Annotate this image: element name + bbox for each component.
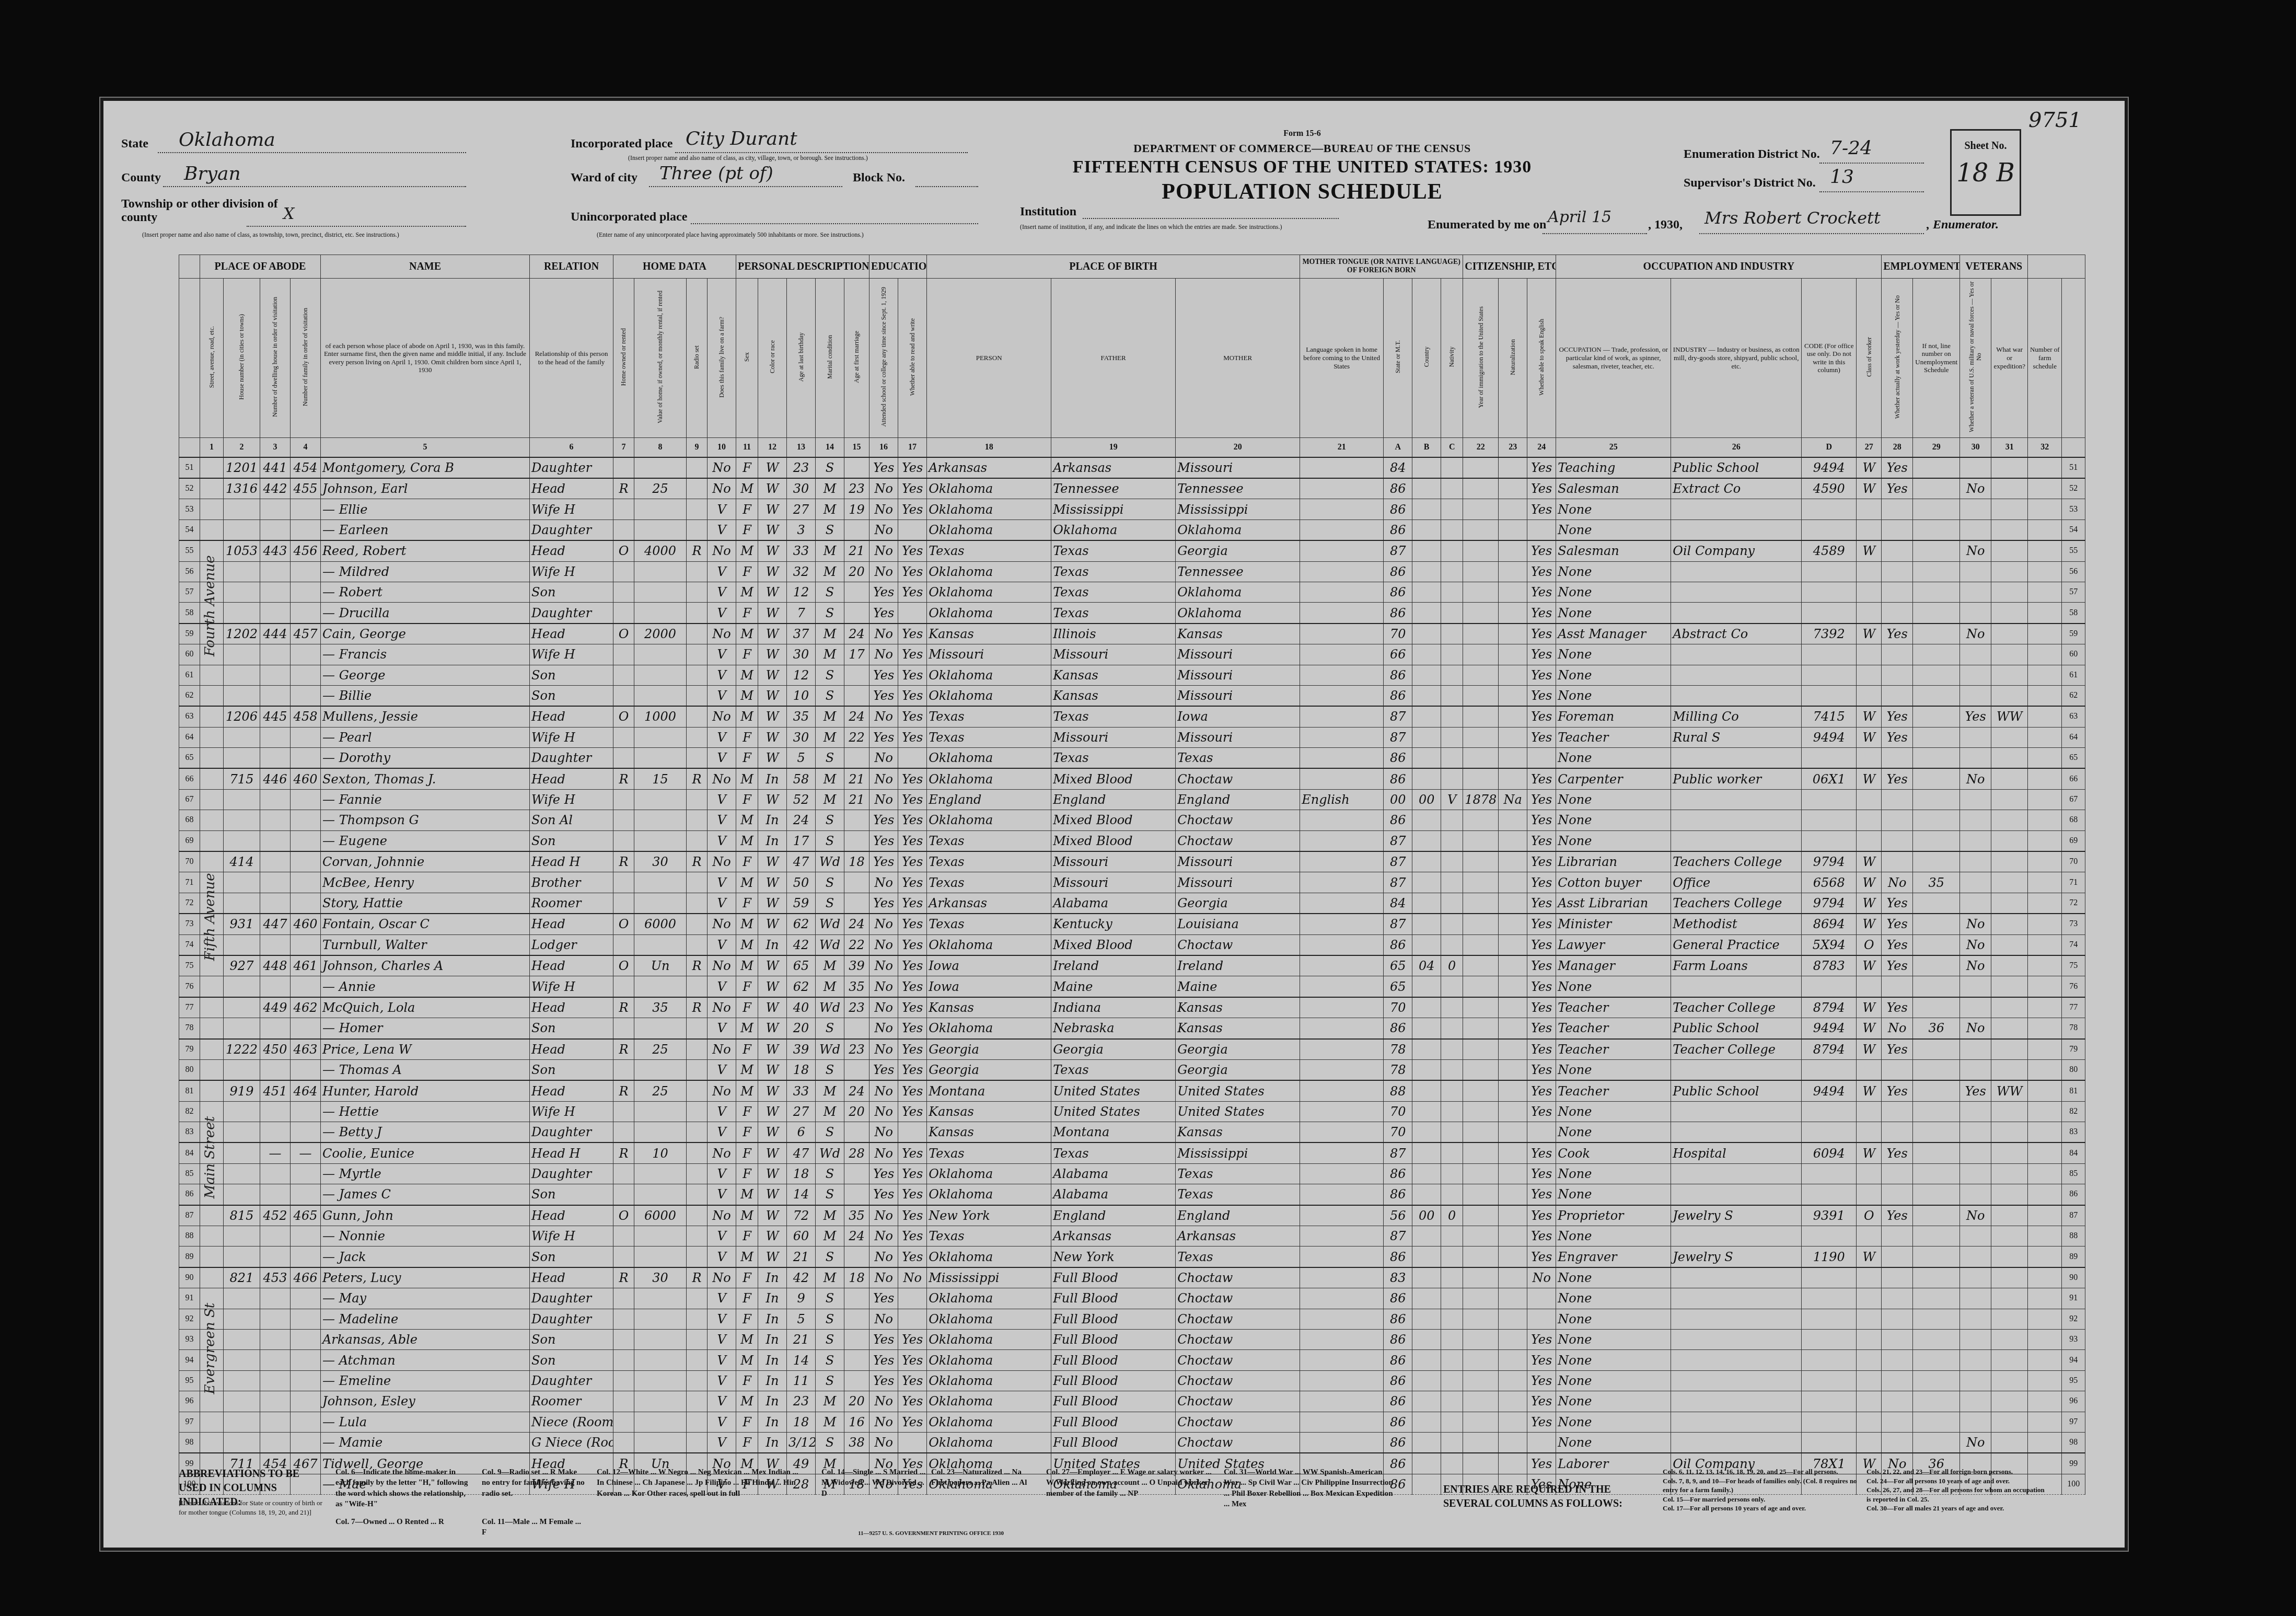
cell-farm: V bbox=[708, 872, 736, 893]
institution-field bbox=[1083, 202, 1339, 219]
cell-age-marr: 17 bbox=[844, 644, 869, 665]
cell-marital: M bbox=[816, 768, 844, 789]
cell-code-d: 9794 bbox=[1802, 851, 1857, 872]
cell-family: 457 bbox=[291, 624, 321, 644]
cell-race: W bbox=[758, 603, 787, 624]
cell-family: 460 bbox=[291, 768, 321, 789]
cell-house bbox=[224, 976, 260, 997]
line-number-right: 96 bbox=[2062, 1391, 2085, 1412]
cell-marital: S bbox=[816, 1350, 844, 1370]
cell-code-b bbox=[1412, 644, 1441, 665]
line-number-right: 86 bbox=[2062, 1184, 2085, 1205]
cell-race: W bbox=[758, 520, 787, 540]
cell-age-marr: 35 bbox=[844, 1205, 869, 1226]
cell-farm-sched bbox=[2028, 727, 2062, 747]
cell-tenure bbox=[613, 561, 634, 582]
cell-family bbox=[291, 1101, 321, 1122]
cell-at-work bbox=[1882, 540, 1913, 561]
cell-code-a: 88 bbox=[1384, 1080, 1412, 1101]
cell-read: Yes bbox=[898, 914, 927, 934]
cell-sex: M bbox=[736, 830, 758, 851]
cell-birth: Texas bbox=[927, 1142, 1051, 1163]
cell-industry: Public School bbox=[1671, 1080, 1802, 1101]
column-header-21: Language spoken in home before coming to… bbox=[1300, 279, 1384, 438]
cell-worker-class: W bbox=[1857, 1018, 1882, 1039]
cell-farm: V bbox=[708, 1101, 736, 1122]
cell-unemp-line bbox=[1913, 976, 1960, 997]
cell-house bbox=[224, 997, 260, 1018]
cell-lang bbox=[1300, 1246, 1384, 1267]
cell-farm: V bbox=[708, 665, 736, 685]
cell-industry bbox=[1671, 1226, 1802, 1246]
cell-school: No bbox=[869, 934, 898, 955]
cell-race: W bbox=[758, 789, 787, 810]
cell-school: Yes bbox=[869, 810, 898, 830]
cell-sex: F bbox=[736, 1309, 758, 1329]
line-col-spacer bbox=[179, 279, 200, 438]
column-number-15: 15 bbox=[844, 437, 869, 457]
cell-lang bbox=[1300, 727, 1384, 747]
cell-birth: Oklahoma bbox=[927, 499, 1051, 520]
cell-code-c bbox=[1441, 706, 1463, 727]
line-number: 64 bbox=[179, 727, 200, 747]
cell-lang bbox=[1300, 768, 1384, 789]
cell-value bbox=[634, 976, 687, 997]
cell-birth: Oklahoma bbox=[927, 1330, 1051, 1350]
cell-school: No bbox=[869, 1309, 898, 1329]
cell-farm-sched bbox=[2028, 872, 2062, 893]
cell-unemp-line bbox=[1913, 914, 1960, 934]
cell-age: 5 bbox=[787, 748, 816, 769]
cell-dwelling bbox=[260, 1412, 291, 1432]
cell-at-work bbox=[1882, 1391, 1913, 1412]
table-row: 56— MildredWife HVFW32M20NoYesOklahomaTe… bbox=[179, 561, 2085, 582]
cell-english: Yes bbox=[1527, 789, 1556, 810]
cell-name: — May bbox=[321, 1288, 530, 1309]
cell-tenure bbox=[613, 1412, 634, 1432]
cell-father-birth: Indiana bbox=[1051, 997, 1176, 1018]
column-header-31: What war or expedition? bbox=[1991, 279, 2028, 438]
cell-house bbox=[224, 603, 260, 624]
cell-mother-birth: Kansas bbox=[1176, 1122, 1300, 1143]
cell-veteran: No bbox=[1960, 1018, 1991, 1039]
table-row: 631206445458Mullens, JessieHeadO1000NoMW… bbox=[179, 706, 2085, 727]
cell-at-work: Yes bbox=[1882, 727, 1913, 747]
cell-relation: Daughter bbox=[530, 520, 613, 540]
cell-occupation: None bbox=[1556, 810, 1671, 830]
cell-english: Yes bbox=[1527, 478, 1556, 499]
cell-name: — Madeline bbox=[321, 1309, 530, 1329]
col11-note: Col. 11—Male ... M Female ... F bbox=[482, 1517, 586, 1538]
cell-english: Yes bbox=[1527, 624, 1556, 644]
cell-marital: S bbox=[816, 748, 844, 769]
cell-sex: F bbox=[736, 1288, 758, 1309]
cell-house bbox=[224, 1246, 260, 1267]
cell-industry: Teachers College bbox=[1671, 893, 1802, 914]
cell-occupation: None bbox=[1556, 1391, 1671, 1412]
cell-code-a: 86 bbox=[1384, 520, 1412, 540]
line-number-right: 80 bbox=[2062, 1059, 2085, 1080]
cell-farm: V bbox=[708, 1370, 736, 1391]
cell-sex: F bbox=[736, 1163, 758, 1184]
cell-code-b bbox=[1412, 1246, 1441, 1267]
entries-8: Col. 30—For all males 21 years of age an… bbox=[1866, 1504, 2049, 1513]
cell-age: 6 bbox=[787, 1122, 816, 1143]
table-row: 60— FrancisWife HVFW30M17NoYesMissouriMi… bbox=[179, 644, 2085, 665]
cell-code-a: 86 bbox=[1384, 685, 1412, 706]
cell-farm-sched bbox=[2028, 1246, 2062, 1267]
table-row: 61— GeorgeSonVMW12SYesYesOklahomaKansasM… bbox=[179, 665, 2085, 685]
line-number: 85 bbox=[179, 1163, 200, 1184]
cell-occupation: Teaching bbox=[1556, 457, 1671, 478]
cell-birth: Iowa bbox=[927, 976, 1051, 997]
cell-immig bbox=[1463, 499, 1499, 520]
column-number-26: 26 bbox=[1671, 437, 1802, 457]
cell-tenure bbox=[613, 727, 634, 747]
column-header-9: Radio set bbox=[687, 279, 708, 438]
cell-farm: V bbox=[708, 748, 736, 769]
cell-at-work: Yes bbox=[1882, 768, 1913, 789]
cell-occupation: Carpenter bbox=[1556, 768, 1671, 789]
cell-age: 24 bbox=[787, 810, 816, 830]
cell-family: 455 bbox=[291, 478, 321, 499]
cell-family bbox=[291, 1246, 321, 1267]
cell-age-marr bbox=[844, 1184, 869, 1205]
cell-sex: M bbox=[736, 624, 758, 644]
cell-worker-class bbox=[1857, 644, 1882, 665]
cell-occupation: Teacher bbox=[1556, 1039, 1671, 1060]
cell-natz bbox=[1499, 1101, 1527, 1122]
cell-age: 23 bbox=[787, 457, 816, 478]
cell-value: 25 bbox=[634, 1080, 687, 1101]
cell-house bbox=[224, 1309, 260, 1329]
cell-natz bbox=[1499, 1370, 1527, 1391]
cell-farm-sched bbox=[2028, 1101, 2062, 1122]
cell-code-a: 86 bbox=[1384, 582, 1412, 602]
cell-unemp-line bbox=[1913, 1350, 1960, 1370]
cell-at-work bbox=[1882, 603, 1913, 624]
cell-value bbox=[634, 1122, 687, 1143]
cell-immig bbox=[1463, 582, 1499, 602]
cell-code-d: 7415 bbox=[1802, 706, 1857, 727]
cell-race: In bbox=[758, 1288, 787, 1309]
column-number-12: 12 bbox=[758, 437, 787, 457]
cell-father-birth: Ireland bbox=[1051, 955, 1176, 976]
cell-name: — Earleen bbox=[321, 520, 530, 540]
cell-war bbox=[1991, 1184, 2028, 1205]
line-number-right: 98 bbox=[2062, 1432, 2085, 1453]
footer-instructions: ABBREVIATIONS TO BE USED IN COLUMNS INDI… bbox=[179, 1467, 2049, 1545]
line-number-right: 71 bbox=[2062, 872, 2085, 893]
cell-name: Sexton, Thomas J. bbox=[321, 768, 530, 789]
cell-immig bbox=[1463, 1288, 1499, 1309]
cell-immig bbox=[1463, 1391, 1499, 1412]
cell-race: W bbox=[758, 893, 787, 914]
cell-relation: Son Al bbox=[530, 810, 613, 830]
cell-father-birth: Missouri bbox=[1051, 727, 1176, 747]
cell-english: Yes bbox=[1527, 644, 1556, 665]
cell-age-marr: 18 bbox=[844, 851, 869, 872]
cell-race: W bbox=[758, 1246, 787, 1267]
cell-occupation: Lawyer bbox=[1556, 934, 1671, 955]
cell-mother-birth: Iowa bbox=[1176, 706, 1300, 727]
cell-farm: No bbox=[708, 457, 736, 478]
cell-code-b bbox=[1412, 1391, 1441, 1412]
cell-unemp-line bbox=[1913, 1412, 1960, 1432]
cell-english: Yes bbox=[1527, 851, 1556, 872]
cell-sex: F bbox=[736, 851, 758, 872]
cell-farm-sched bbox=[2028, 603, 2062, 624]
cell-father-birth: England bbox=[1051, 789, 1176, 810]
cell-tenure: O bbox=[613, 624, 634, 644]
cell-mother-birth: Mississippi bbox=[1176, 1142, 1300, 1163]
cell-marital: S bbox=[816, 1018, 844, 1039]
cell-english: Yes bbox=[1527, 1226, 1556, 1246]
cell-occupation: None bbox=[1556, 976, 1671, 997]
cell-age-marr bbox=[844, 893, 869, 914]
cell-father-birth: Alabama bbox=[1051, 1163, 1176, 1184]
cell-relation: Son bbox=[530, 1350, 613, 1370]
street-label: Fourth Avenue bbox=[202, 455, 223, 756]
cell-code-b bbox=[1412, 1309, 1441, 1329]
cell-occupation: None bbox=[1556, 1412, 1671, 1432]
cell-read: Yes bbox=[898, 789, 927, 810]
cell-war bbox=[1991, 934, 2028, 955]
cell-school: No bbox=[869, 1039, 898, 1060]
cell-lang bbox=[1300, 1432, 1384, 1453]
cell-read: Yes bbox=[898, 1330, 927, 1350]
cell-natz bbox=[1499, 561, 1527, 582]
cell-code-b bbox=[1412, 997, 1441, 1018]
cell-marital: Wd bbox=[816, 914, 844, 934]
entries-list-1: Cols. 6, 11, 12, 13, 14, 16, 18, 19, 20,… bbox=[1663, 1467, 1861, 1513]
cell-house bbox=[224, 1330, 260, 1350]
cell-code-d bbox=[1802, 1184, 1857, 1205]
cell-family bbox=[291, 748, 321, 769]
cell-mother-birth: Georgia bbox=[1176, 1059, 1300, 1080]
cell-lang bbox=[1300, 582, 1384, 602]
line-number: 83 bbox=[179, 1122, 200, 1143]
cell-code-c bbox=[1441, 1163, 1463, 1184]
cell-dwelling bbox=[260, 1288, 291, 1309]
cell-code-c bbox=[1441, 1350, 1463, 1370]
cell-code-c bbox=[1441, 748, 1463, 769]
cell-read: Yes bbox=[898, 478, 927, 499]
cell-dwelling bbox=[260, 1226, 291, 1246]
cell-relation: Niece (Roomer) bbox=[530, 1412, 613, 1432]
cell-lang bbox=[1300, 561, 1384, 582]
cell-radio: R bbox=[687, 851, 708, 872]
cell-immig bbox=[1463, 851, 1499, 872]
cell-farm-sched bbox=[2028, 851, 2062, 872]
cell-father-birth: Montana bbox=[1051, 1122, 1176, 1143]
cell-farm-sched bbox=[2028, 1039, 2062, 1060]
cell-race: In bbox=[758, 1267, 787, 1288]
cell-family: 464 bbox=[291, 1080, 321, 1101]
line-number-right: 94 bbox=[2062, 1350, 2085, 1370]
cell-code-a: 87 bbox=[1384, 1226, 1412, 1246]
cell-relation: Wife H bbox=[530, 1226, 613, 1246]
column-header-4: Number of family in order of visitation bbox=[291, 279, 321, 438]
cell-age-marr bbox=[844, 830, 869, 851]
township-field: X bbox=[247, 210, 466, 227]
line-number-right: 75 bbox=[2062, 955, 2085, 976]
cell-house bbox=[224, 893, 260, 914]
cell-dwelling bbox=[260, 1309, 291, 1329]
cell-sex: F bbox=[736, 561, 758, 582]
cell-father-birth: Texas bbox=[1051, 1059, 1176, 1080]
cell-family bbox=[291, 644, 321, 665]
cell-occupation: Teacher bbox=[1556, 1080, 1671, 1101]
cell-age-marr bbox=[844, 1350, 869, 1370]
cell-farm: No bbox=[708, 624, 736, 644]
cell-radio bbox=[687, 1330, 708, 1350]
cell-code-c bbox=[1441, 1330, 1463, 1350]
column-header-15: Age at first marriage bbox=[844, 279, 869, 438]
cell-age: 18 bbox=[787, 1412, 816, 1432]
cell-war bbox=[1991, 665, 2028, 685]
cell-house: 1053 bbox=[224, 540, 260, 561]
cell-value bbox=[634, 893, 687, 914]
line-number-right: 87 bbox=[2062, 1205, 2085, 1226]
cell-house bbox=[224, 934, 260, 955]
cell-read: Yes bbox=[898, 1163, 927, 1184]
cell-race: In bbox=[758, 1412, 787, 1432]
cell-industry bbox=[1671, 582, 1802, 602]
cell-farm-sched bbox=[2028, 1205, 2062, 1226]
cell-code-d: 9794 bbox=[1802, 893, 1857, 914]
cell-farm-sched bbox=[2028, 1059, 2062, 1080]
cell-worker-class: W bbox=[1857, 955, 1882, 976]
cell-marital: M bbox=[816, 540, 844, 561]
cell-house bbox=[224, 561, 260, 582]
column-header-b: Country bbox=[1412, 279, 1441, 438]
cell-sex: M bbox=[736, 768, 758, 789]
cell-at-work bbox=[1882, 685, 1913, 706]
cell-code-b: 00 bbox=[1412, 1205, 1441, 1226]
cell-school: No bbox=[869, 478, 898, 499]
cell-father-birth: Full Blood bbox=[1051, 1288, 1176, 1309]
cell-farm: V bbox=[708, 1246, 736, 1267]
cell-war bbox=[1991, 1288, 2028, 1309]
cell-tenure bbox=[613, 934, 634, 955]
cell-radio bbox=[687, 1246, 708, 1267]
cell-worker-class bbox=[1857, 830, 1882, 851]
cell-industry: Abstract Co bbox=[1671, 624, 1802, 644]
cell-race: W bbox=[758, 955, 787, 976]
cell-tenure bbox=[613, 1226, 634, 1246]
cell-dwelling bbox=[260, 685, 291, 706]
cell-dwelling: 444 bbox=[260, 624, 291, 644]
cell-mother-birth: Kansas bbox=[1176, 624, 1300, 644]
cell-value: 10 bbox=[634, 1142, 687, 1163]
cell-industry bbox=[1671, 1059, 1802, 1080]
cell-house: 1206 bbox=[224, 706, 260, 727]
cell-school: No bbox=[869, 768, 898, 789]
cell-radio bbox=[687, 665, 708, 685]
cell-code-a: 86 bbox=[1384, 1163, 1412, 1184]
cell-farm: V bbox=[708, 1288, 736, 1309]
table-row: 92— MadelineDaughterVFIn5SNoOklahomaFull… bbox=[179, 1309, 2085, 1329]
group-farm bbox=[2028, 255, 2085, 279]
cell-age: 21 bbox=[787, 1330, 816, 1350]
cell-code-c: 0 bbox=[1441, 1205, 1463, 1226]
cell-house bbox=[224, 520, 260, 540]
cell-marital: S bbox=[816, 1288, 844, 1309]
cell-occupation: Cotton buyer bbox=[1556, 872, 1671, 893]
cell-value bbox=[634, 810, 687, 830]
cell-dwelling bbox=[260, 561, 291, 582]
cell-radio bbox=[687, 893, 708, 914]
cell-tenure bbox=[613, 1391, 634, 1412]
cell-father-birth: Mixed Blood bbox=[1051, 830, 1176, 851]
cell-radio bbox=[687, 1101, 708, 1122]
cell-unemp-line bbox=[1913, 1059, 1960, 1080]
cell-at-work: Yes bbox=[1882, 1142, 1913, 1163]
column-number-10: 10 bbox=[708, 437, 736, 457]
cell-industry: Hospital bbox=[1671, 1142, 1802, 1163]
cell-birth: Oklahoma bbox=[927, 1184, 1051, 1205]
cell-marital: M bbox=[816, 561, 844, 582]
line-number-right: 99 bbox=[2062, 1453, 2085, 1474]
cell-family bbox=[291, 520, 321, 540]
cell-industry: Teachers College bbox=[1671, 851, 1802, 872]
cell-age: 58 bbox=[787, 768, 816, 789]
cell-lang bbox=[1300, 1350, 1384, 1370]
cell-farm: V bbox=[708, 1163, 736, 1184]
cell-sex: M bbox=[736, 872, 758, 893]
cell-name: — Ellie bbox=[321, 499, 530, 520]
entries-2: Cols. 7, 8, 9, and 10—For heads of famil… bbox=[1663, 1476, 1861, 1495]
cell-sex: F bbox=[736, 457, 758, 478]
line-number: 81 bbox=[179, 1080, 200, 1101]
cell-read: Yes bbox=[898, 955, 927, 976]
cell-farm-sched bbox=[2028, 1142, 2062, 1163]
line-number-right: 51 bbox=[2062, 457, 2085, 478]
cell-sex: F bbox=[736, 644, 758, 665]
cell-farm: V bbox=[708, 1226, 736, 1246]
cell-war bbox=[1991, 1267, 2028, 1288]
cell-veteran bbox=[1960, 1163, 1991, 1184]
cell-birth: Texas bbox=[927, 1226, 1051, 1246]
cell-at-work bbox=[1882, 851, 1913, 872]
cell-age: 42 bbox=[787, 934, 816, 955]
cell-worker-class bbox=[1857, 685, 1882, 706]
cell-relation: Daughter bbox=[530, 1122, 613, 1143]
cell-value: 35 bbox=[634, 997, 687, 1018]
cell-natz bbox=[1499, 768, 1527, 789]
cell-tenure: R bbox=[613, 768, 634, 789]
cell-radio bbox=[687, 624, 708, 644]
cell-immig bbox=[1463, 1101, 1499, 1122]
cell-tenure bbox=[613, 789, 634, 810]
cell-age: 50 bbox=[787, 872, 816, 893]
cell-read bbox=[898, 520, 927, 540]
cell-radio bbox=[687, 1163, 708, 1184]
cell-age-marr: 24 bbox=[844, 914, 869, 934]
cell-farm-sched bbox=[2028, 706, 2062, 727]
table-row: 93Arkansas, AbleSonVMIn21SYesYesOklahoma… bbox=[179, 1330, 2085, 1350]
cell-immig: 1878 bbox=[1463, 789, 1499, 810]
cell-immig bbox=[1463, 1267, 1499, 1288]
cell-unemp-line bbox=[1913, 499, 1960, 520]
line-number-right: 83 bbox=[2062, 1122, 2085, 1143]
line-number: 60 bbox=[179, 644, 200, 665]
cell-father-birth: Oklahoma bbox=[1051, 520, 1176, 540]
cell-tenure bbox=[613, 1163, 634, 1184]
cell-unemp-line bbox=[1913, 1205, 1960, 1226]
cell-farm-sched bbox=[2028, 499, 2062, 520]
